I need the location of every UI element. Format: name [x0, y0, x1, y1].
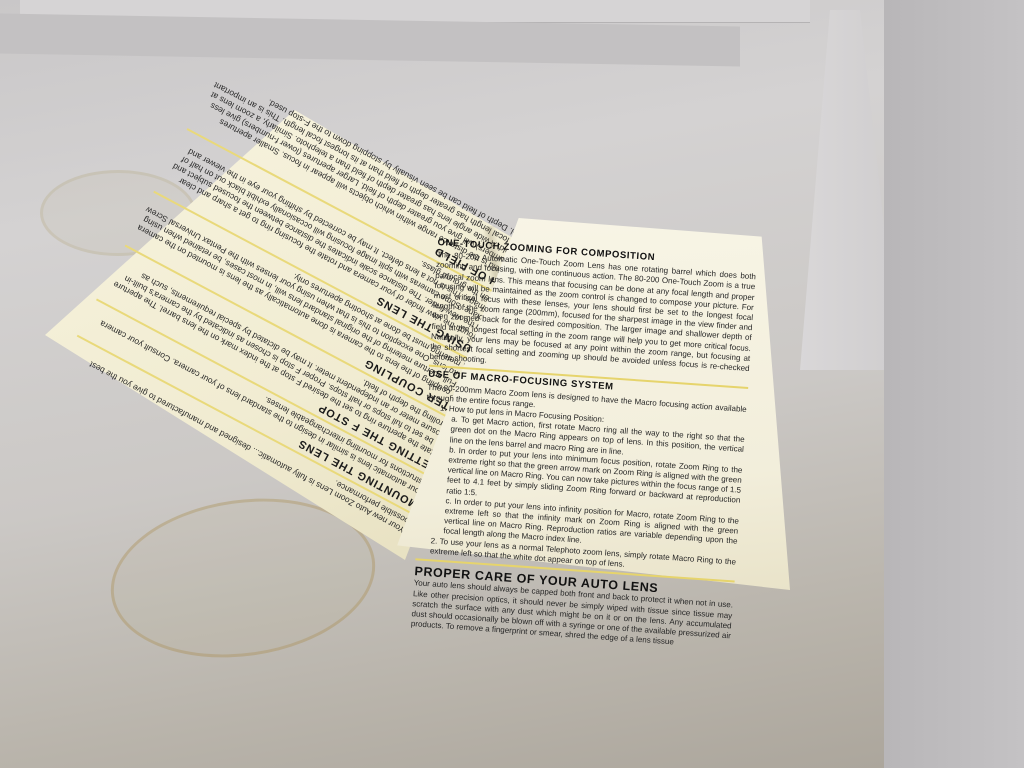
list-marker: 2.	[430, 536, 437, 545]
list-marker: c.	[445, 496, 452, 505]
right-page-text: ONE-TOUCH ZOOMING FOR COMPOSITION The 80…	[410, 236, 757, 652]
list-marker: 1.	[440, 404, 447, 413]
body-zooming: The 80-200 Automatic One-Touch Zoom Lens…	[429, 250, 756, 384]
cloth-right-edge	[884, 0, 1024, 768]
list-marker: b.	[449, 445, 456, 454]
list-marker: a.	[451, 415, 458, 424]
